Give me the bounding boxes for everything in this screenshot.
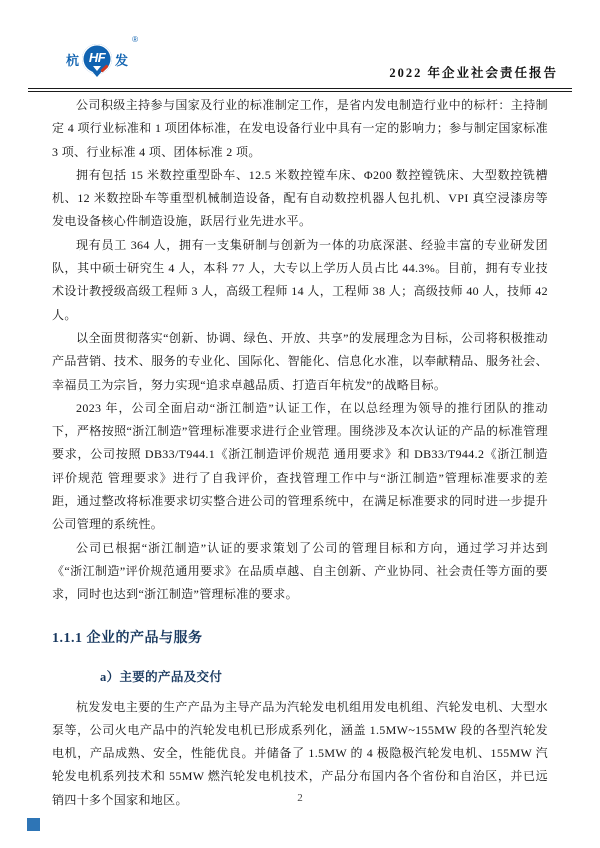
header-divider bbox=[28, 88, 572, 92]
paragraph-strategy: 以全面贯彻落实“创新、协调、绿色、开放、共享”的发展理念为目标，公司将积极推动产… bbox=[52, 327, 548, 397]
report-page: 杭 HF 发 ® 2022 年企业社会责任报告 公司积级主持参与国家及行业的标准… bbox=[0, 0, 600, 848]
registered-trademark-icon: ® bbox=[132, 35, 138, 44]
logo-right-character: 发 bbox=[115, 50, 128, 69]
corner-marker-square bbox=[27, 818, 40, 831]
header-row: 杭 HF 发 ® 2022 年企业社会责任报告 bbox=[28, 0, 572, 88]
paragraph-staff: 现有员工 364 人，拥有一支集研制与创新为一体的功底深湛、经验丰富的专业研发团… bbox=[52, 234, 548, 327]
emblem-red-accent bbox=[100, 64, 108, 72]
paragraph-equipment: 拥有包括 15 米数控重型卧车、12.5 米数控镗车床、Φ200 数控镗铣床、大… bbox=[52, 164, 548, 234]
report-title: 2022 年企业社会责任报告 bbox=[389, 63, 558, 81]
section-heading: 1.1.1 企业的产品与服务 bbox=[52, 628, 548, 650]
document-body: 公司积级主持参与国家及行业的标准制定工作，是省内发电制造行业中的标杆：主持制定 … bbox=[52, 94, 548, 812]
sub-heading: a）主要的产品及交付 bbox=[100, 667, 548, 687]
hf-emblem-icon: HF bbox=[82, 44, 112, 74]
paragraph-standards: 公司积级主持参与国家及行业的标准制定工作，是省内发电制造行业中的标杆：主持制定 … bbox=[52, 94, 548, 164]
company-logo: 杭 HF 发 ® bbox=[66, 44, 128, 74]
paragraph-certification: 2023 年，公司全面启动“浙江制造”认证工作，在以总经理为领导的推行团队的推动… bbox=[52, 397, 548, 537]
page-number: 2 bbox=[0, 792, 600, 804]
logo-left-character: 杭 bbox=[66, 50, 79, 69]
hf-monogram: HF bbox=[89, 50, 105, 65]
page-header: 杭 HF 发 ® 2022 年企业社会责任报告 bbox=[28, 0, 572, 92]
paragraph-management-goals: 公司已根据“浙江制造”认证的要求策划了公司的管理目标和方向，通过学习并达到《“浙… bbox=[52, 537, 548, 607]
